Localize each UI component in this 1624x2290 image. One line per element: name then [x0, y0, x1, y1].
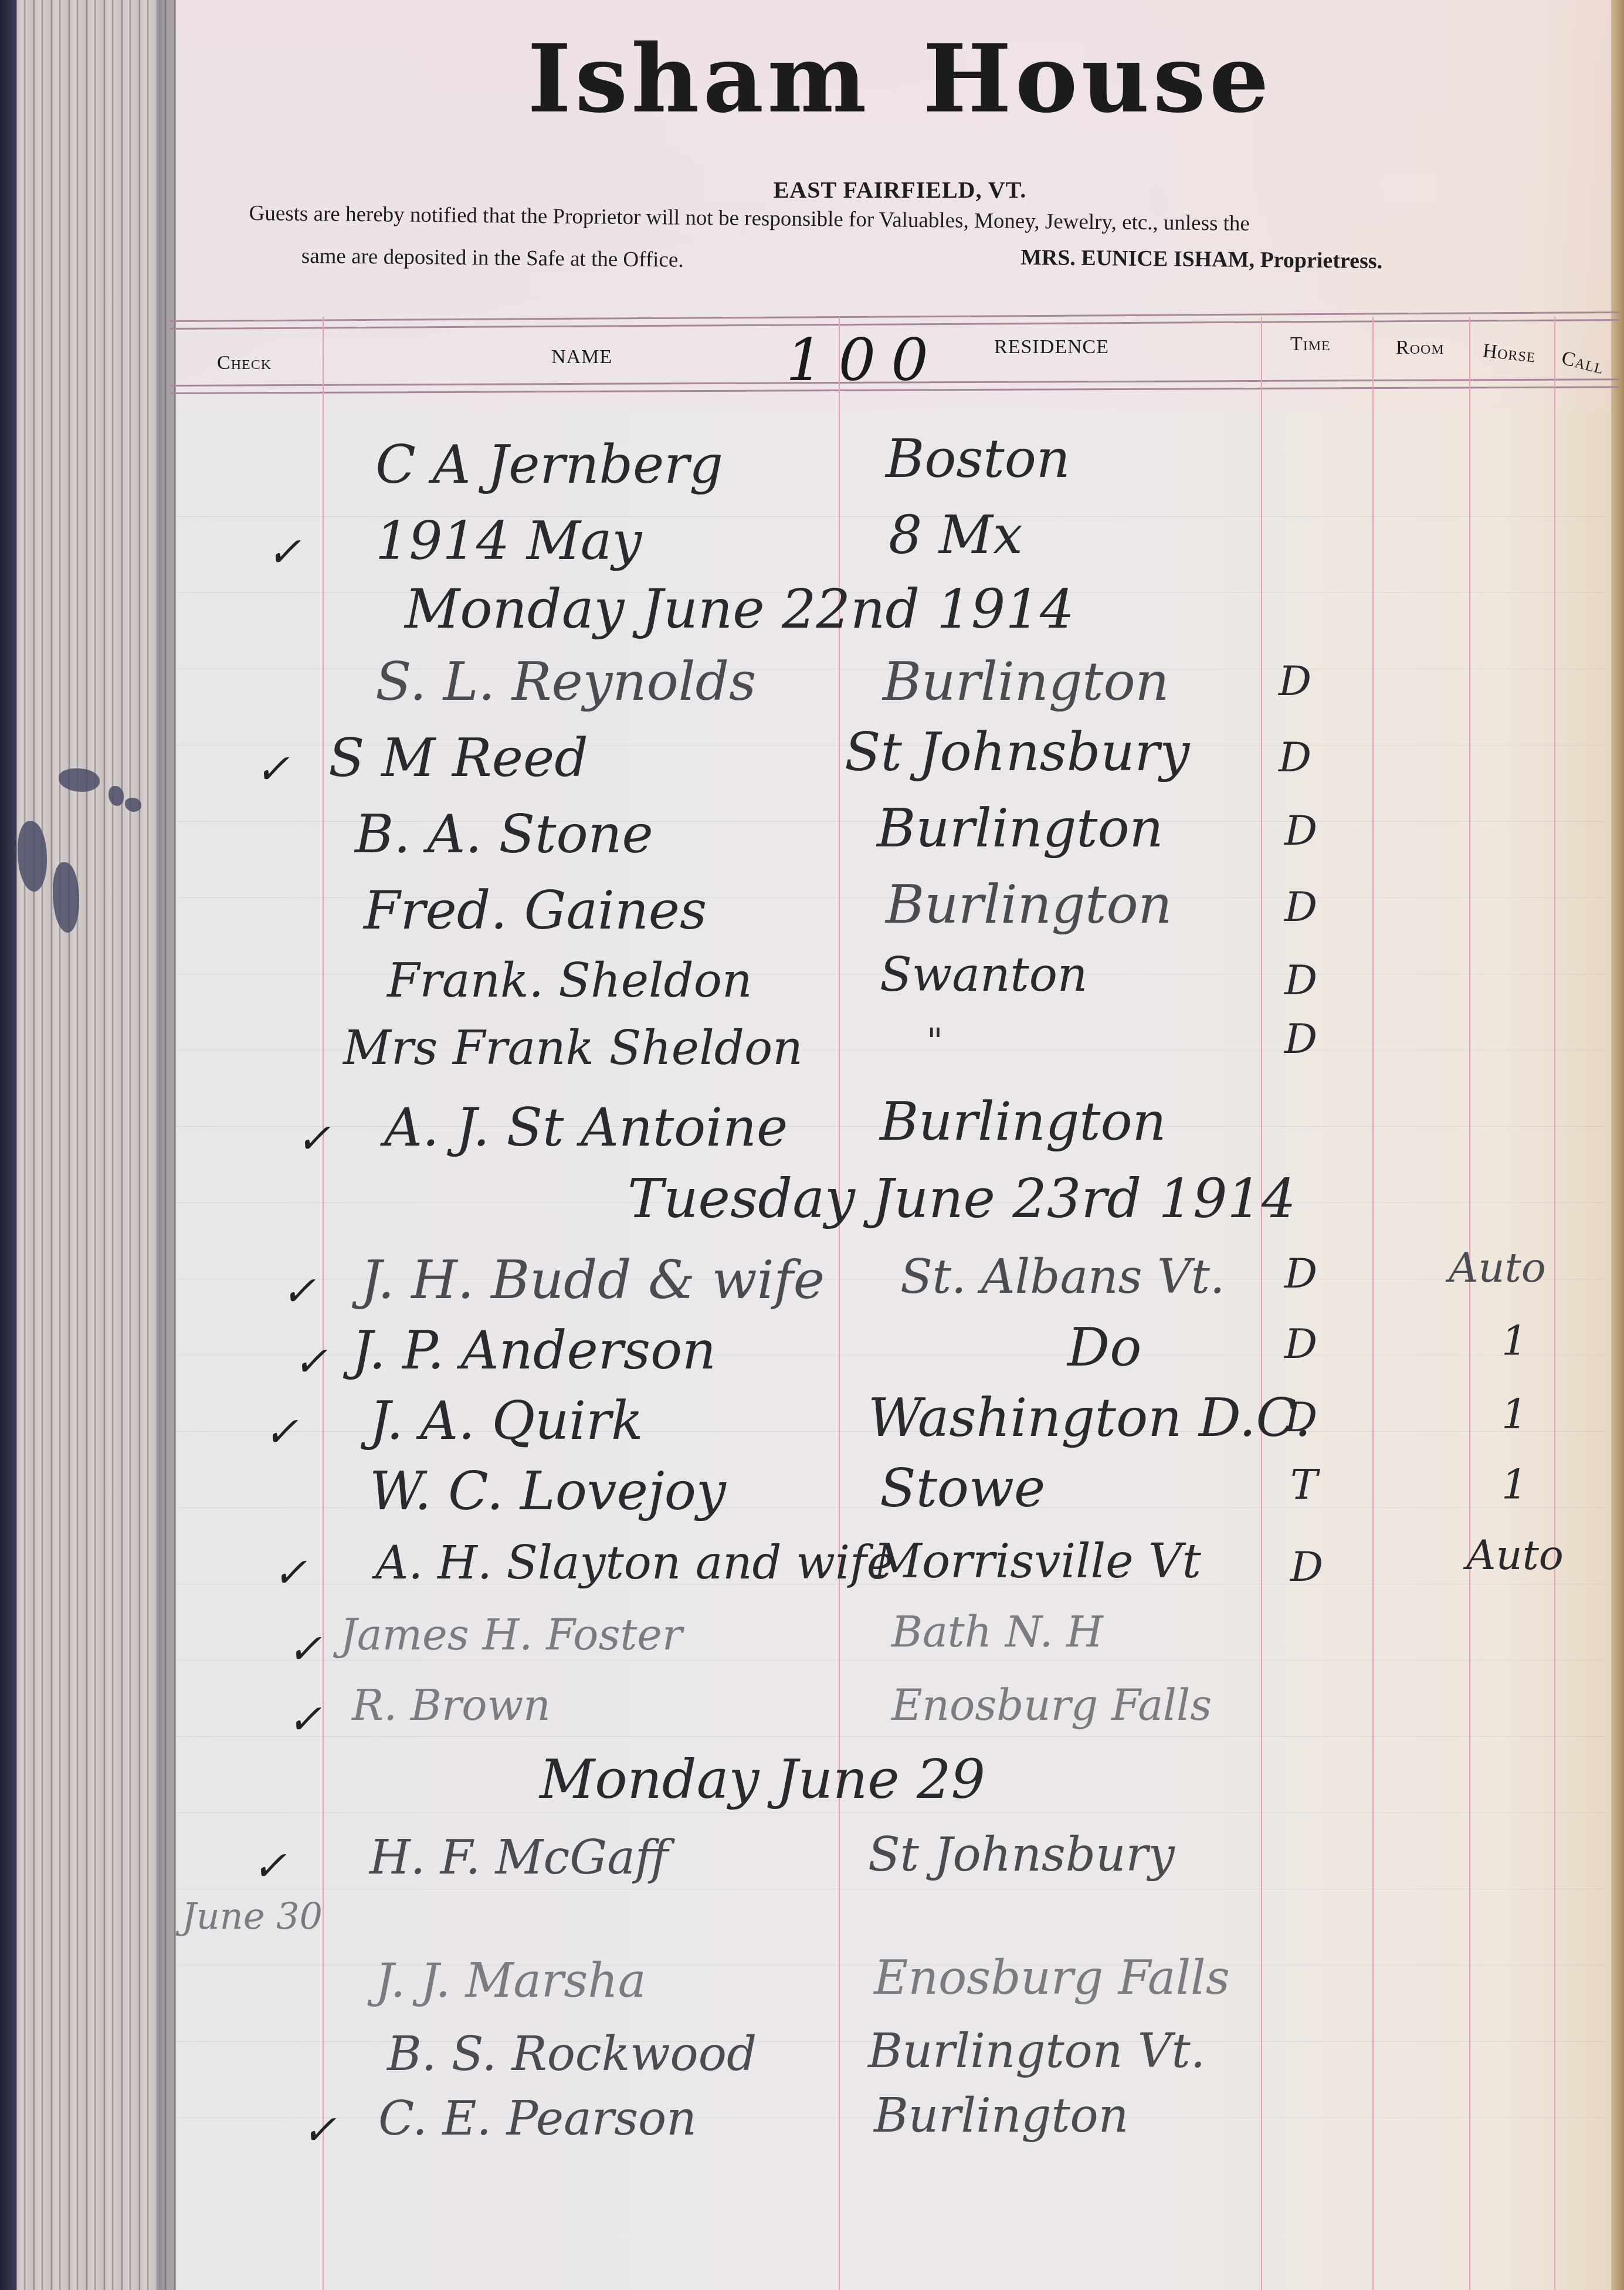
guest-name: J. J. Marsha — [375, 1953, 646, 2008]
column-header-time: Time — [1290, 333, 1331, 355]
date-heading: Tuesday June 23rd 1914 — [628, 1167, 1296, 1230]
time-mark: D — [1284, 883, 1317, 931]
guest-residence: Burlington — [880, 1091, 1167, 1153]
check-mark: ✓ — [252, 1842, 287, 1890]
guest-name: A. J. St Antoine — [384, 1097, 788, 1158]
column-header-name: NAME — [551, 346, 612, 368]
column-header-room: Room — [1396, 337, 1445, 359]
guest-residence: Bath N. H — [891, 1607, 1103, 1656]
guest-residence: Swanton — [880, 947, 1087, 1002]
guest-residence: Enosburg Falls — [891, 1681, 1212, 1730]
check-mark: ✓ — [264, 1408, 299, 1456]
guest-name: J. H. Budd & wife — [361, 1249, 825, 1311]
time-mark: D — [1284, 807, 1317, 855]
guest-name: Fred. Gaines — [364, 880, 707, 941]
guest-name: J. A. Quirk — [369, 1390, 643, 1452]
call-note: Auto — [1466, 1531, 1564, 1579]
time-mark: D — [1279, 657, 1311, 705]
proprietress-line: MRS. EUNICE ISHAM, Proprietress. — [1020, 245, 1383, 274]
guest-residence: St Johnsbury — [868, 1827, 1175, 1882]
column-header-check: Check — [217, 352, 272, 374]
guest-residence: Burlington — [877, 798, 1164, 859]
check-mark: ✓ — [282, 1267, 316, 1315]
guest-name: J. P. Anderson — [352, 1320, 716, 1381]
call-note: Auto — [1449, 1244, 1546, 1292]
guest-name: W. C. Lovejoy — [369, 1461, 726, 1522]
title-word-1: Isham — [527, 23, 870, 134]
time-mark: T — [1290, 1461, 1318, 1509]
guest-name: S. L. Reynolds — [375, 651, 756, 713]
guest-residence: Morrisville Vt — [874, 1534, 1201, 1588]
guest-name: Frank. Sheldon — [387, 953, 752, 1008]
guest-residence: Burlington — [883, 651, 1169, 713]
title-word-2: House — [923, 23, 1273, 134]
time-mark: D — [1290, 1543, 1323, 1591]
guest-residence: Enosburg Falls — [874, 1950, 1230, 2005]
time-mark: D — [1284, 956, 1317, 1004]
call-note: 1 — [1501, 1317, 1528, 1365]
date-heading: Monday June 22nd 1914 — [405, 578, 1074, 641]
call-note: 1 — [1501, 1461, 1528, 1509]
guest-name: 1914 May — [375, 510, 642, 572]
time-mark: D — [1284, 1249, 1317, 1298]
date-heading: Monday June 29 — [540, 1748, 985, 1811]
column-divider-residence — [1261, 317, 1262, 2290]
check-mark: ✓ — [296, 1114, 331, 1163]
time-mark: D — [1284, 1393, 1317, 1441]
call-note: 1 — [1501, 1390, 1528, 1438]
guest-residence: 8 Mx — [889, 504, 1023, 566]
column-divider-room — [1469, 317, 1470, 2290]
book-page-edges — [0, 0, 182, 2290]
check-mark: ✓ — [287, 1625, 322, 1673]
ink-stain — [125, 798, 141, 812]
guest-residence: St Johnsbury — [845, 721, 1189, 783]
liability-notice: Guests are hereby notified that the Prop… — [248, 192, 1574, 291]
page-right-edge — [1611, 0, 1624, 2290]
guest-name: H. F. McGaff — [369, 1830, 669, 1885]
guest-name: Mrs Frank Sheldon — [343, 1021, 803, 1075]
check-mark: ✓ — [293, 1337, 328, 1385]
guest-residence: Boston — [886, 428, 1070, 490]
ink-stain — [109, 786, 124, 806]
check-mark: ✓ — [267, 528, 301, 576]
time-mark: D — [1279, 733, 1311, 781]
guest-name: B. A. Stone — [355, 804, 653, 865]
guest-name: C A Jernberg — [375, 434, 723, 496]
time-mark: D — [1284, 1015, 1317, 1063]
check-mark: ✓ — [302, 2106, 337, 2154]
guest-residence: Do — [1067, 1317, 1141, 1378]
check-mark: ✓ — [255, 745, 290, 793]
margin-date-note: June 30 — [182, 1895, 323, 1937]
guest-name: C. E. Pearson — [378, 2091, 697, 2146]
column-divider-time — [1372, 317, 1374, 2290]
column-header-residence: RESIDENCE — [994, 336, 1109, 358]
guest-residence: Washington D.C. — [868, 1387, 1311, 1449]
guest-residence: Burlington Vt. — [868, 2024, 1205, 2078]
guest-name: James H. Foster — [340, 1610, 682, 1659]
guest-residence: " — [927, 1021, 943, 1062]
guest-residence: St. Albans Vt. — [900, 1249, 1225, 1304]
book-cover-edge — [0, 0, 16, 2290]
check-mark: ✓ — [287, 1695, 322, 1743]
column-divider-horse — [1554, 317, 1555, 2290]
guest-name: R. Brown — [352, 1681, 551, 1730]
guest-name: S M Reed — [328, 727, 588, 789]
guest-residence: Burlington — [886, 874, 1172, 936]
hotel-title: IshamHouse — [176, 23, 1624, 134]
guest-name: A. H. Slayton and wife — [375, 1537, 894, 1590]
guest-name: B. S. Rockwood — [387, 2027, 757, 2081]
check-mark: ✓ — [273, 1549, 307, 1597]
column-divider-check — [323, 317, 324, 2290]
page-number: 100 — [786, 326, 944, 394]
register-page: IshamHouse EAST FAIRFIELD, VT. Guests ar… — [176, 0, 1624, 2290]
guest-residence: Burlington — [874, 2088, 1128, 2143]
time-mark: D — [1284, 1320, 1317, 1368]
guest-residence: Stowe — [880, 1458, 1045, 1519]
